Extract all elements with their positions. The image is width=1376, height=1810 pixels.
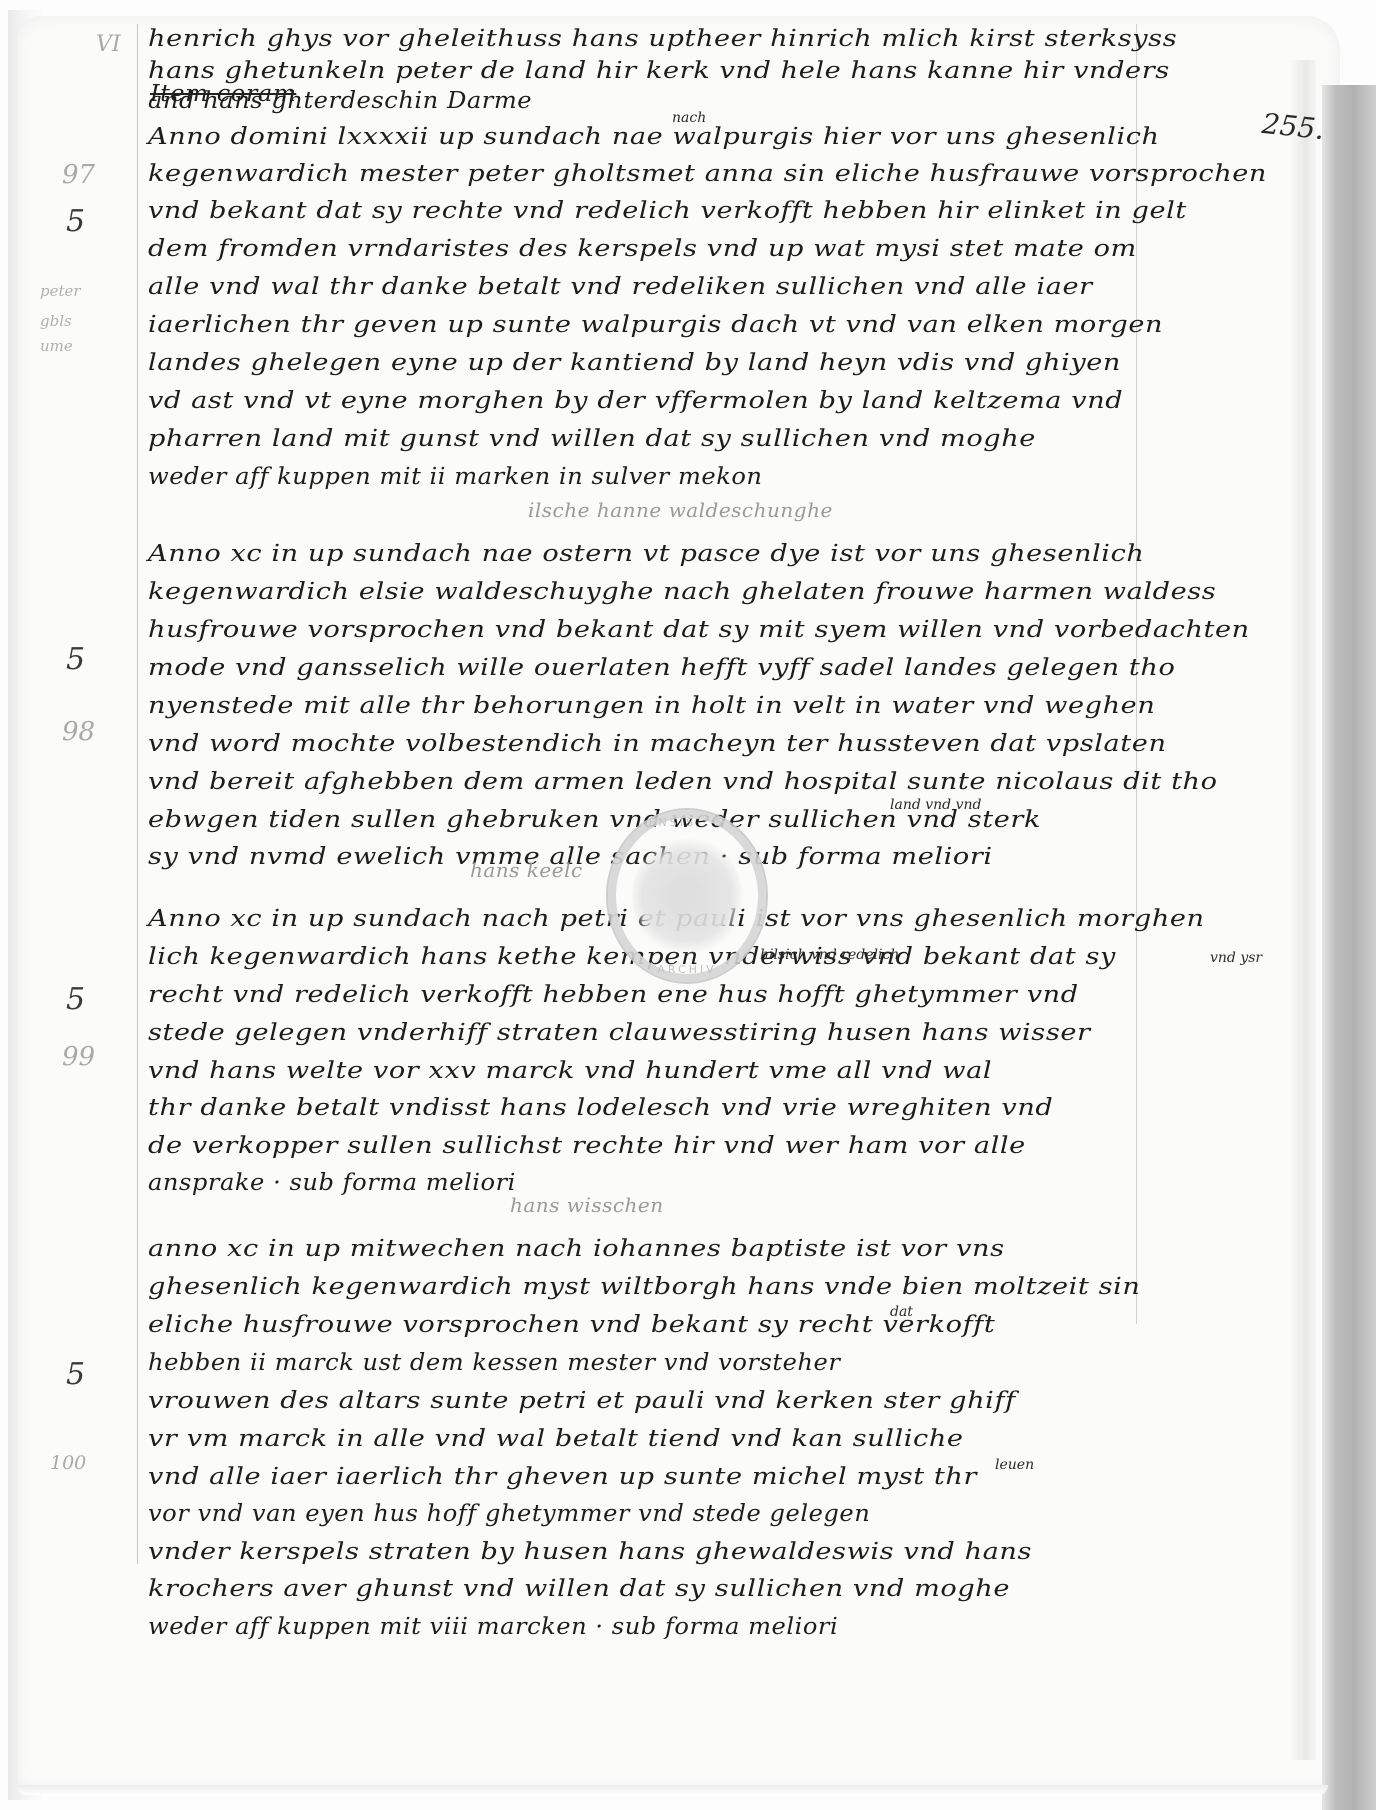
manuscript-line: krochers aver ghunst vnd willen dat sy s… — [148, 1576, 1010, 1602]
margin-note: 98 — [62, 717, 95, 747]
page-curl-shadow — [1290, 60, 1316, 1760]
margin-note: ume — [40, 337, 73, 355]
manuscript-line: hebben ii marck ust dem kessen mester vn… — [148, 1350, 840, 1376]
stamp-label-top: ENSIS · S — [608, 816, 766, 829]
page-bottom-edge — [18, 1785, 1328, 1795]
left-margin-rule — [137, 24, 138, 1564]
manuscript-line: vrouwen des altars sunte petri et pauli … — [148, 1388, 1016, 1414]
stamp-label-bottom: ARCHIV — [608, 963, 766, 976]
manuscript-line: henrich ghys vor gheleithuss hans upthee… — [148, 26, 1177, 52]
interlinear-insertion: hilsich vnd redelich — [760, 947, 899, 963]
manuscript-line: nyenstede mit alle thr behorungen in hol… — [148, 693, 1155, 719]
margin-note: 5 — [66, 1357, 85, 1392]
manuscript-line: pharren land mit gunst vnd willen dat sy… — [148, 426, 1036, 452]
manuscript-line: kegenwardich mester peter gholtsmet anna… — [148, 161, 1267, 187]
manuscript-line: ansprake · sub forma meliori — [148, 1170, 516, 1196]
manuscript-line: stede gelegen vnderhiff straten clauwess… — [148, 1020, 1091, 1046]
manuscript-line: vnder kerspels straten by husen hans ghe… — [148, 1539, 1032, 1565]
margin-note: gbls — [40, 312, 72, 330]
manuscript-line: vr vm marck in alle vnd wal betalt tiend… — [148, 1426, 964, 1452]
interlinear-insertion: leuen — [995, 1457, 1034, 1473]
next-page-edge — [1322, 85, 1376, 1810]
entry-heading: hans keelc — [470, 858, 583, 882]
margin-note: 5 — [66, 204, 85, 239]
entry-heading: ilsche hanne waldeschunghe — [528, 498, 833, 522]
manuscript-line: eliche husfrouwe vorsprochen vnd bekant … — [148, 1312, 995, 1338]
margin-note: 5 — [66, 982, 85, 1017]
manuscript-line: vnd hans welte vor xxv marck vnd hundert… — [148, 1058, 992, 1084]
library-stamp: ENSIS · S ARCHIV — [606, 808, 768, 984]
manuscript-line: vnd alle iaer iaerlich thr gheven up sun… — [148, 1464, 977, 1490]
entry-heading: hans wisschen — [510, 1193, 664, 1217]
margin-note: 5 — [66, 642, 85, 677]
manuscript-line: de verkopper sullen sullichst rechte hir… — [148, 1133, 1026, 1159]
manuscript-line: dem fromden vrndaristes des kerspels vnd… — [148, 236, 1137, 262]
manuscript-line: landes ghelegen eyne up der kantiend by … — [148, 350, 1121, 376]
margin-note: 99 — [62, 1042, 95, 1072]
manuscript-line: anno xc in up mitwechen nach iohannes ba… — [148, 1236, 1005, 1262]
margin-note: 97 — [62, 160, 95, 190]
manuscript-line: thr danke betalt vndisst hans lodelesch … — [148, 1095, 1053, 1121]
interlinear-insertion: vnd ysr — [1210, 950, 1262, 966]
manuscript-line: husfrouwe vorsprochen vnd bekant dat sy … — [148, 617, 1250, 643]
manuscript-line: vnd bekant dat sy rechte vnd redelich ve… — [148, 198, 1187, 224]
manuscript-line: and hans ghterdeschin Darme — [148, 88, 532, 114]
manuscript-line: iaerlichen thr geven up sunte walpurgis … — [148, 312, 1163, 338]
manuscript-line: recht vnd redelich verkofft hebben ene h… — [148, 982, 1079, 1008]
manuscript-line: alle vnd wal thr danke betalt vnd redeli… — [148, 274, 1093, 300]
manuscript-line: vor vnd van eyen hus hoff ghetymmer vnd … — [148, 1501, 870, 1527]
interlinear-insertion: nach — [672, 110, 706, 126]
manuscript-line: Anno xc in up sundach nae ostern vt pasc… — [148, 541, 1144, 567]
margin-note: peter — [40, 282, 81, 300]
interlinear-insertion: dat — [890, 1304, 913, 1320]
manuscript-line: ghesenlich kegenwardich myst wiltborgh h… — [148, 1274, 1140, 1300]
manuscript-line: vnd word mochte volbestendich in macheyn… — [148, 731, 1167, 757]
manuscript-line: mode vnd gansselich wille ouerlaten heff… — [148, 655, 1175, 681]
manuscript-line: vnd bereit afghebben dem armen leden vnd… — [148, 769, 1218, 795]
manuscript-line: Anno domini lxxxxii up sundach nae walpu… — [148, 124, 1160, 150]
margin-note: 100 — [50, 1452, 86, 1474]
manuscript-line: weder aff kuppen mit ii marken in sulver… — [148, 464, 762, 490]
manuscript-line: kegenwardich elsie waldeschuyghe nach gh… — [148, 579, 1216, 605]
manuscript-line: hans ghetunkeln peter de land hir kerk v… — [148, 58, 1170, 84]
manuscript-line: weder aff kuppen mit viii marcken · sub … — [148, 1614, 838, 1640]
interlinear-insertion: land vnd vnd — [890, 797, 981, 813]
margin-note: VI — [96, 32, 121, 57]
manuscript-line: vd ast vnd vt eyne morghen by der vfferm… — [148, 388, 1123, 414]
lion-emblem-icon — [632, 836, 742, 956]
folio-number: 255. — [1260, 107, 1325, 146]
